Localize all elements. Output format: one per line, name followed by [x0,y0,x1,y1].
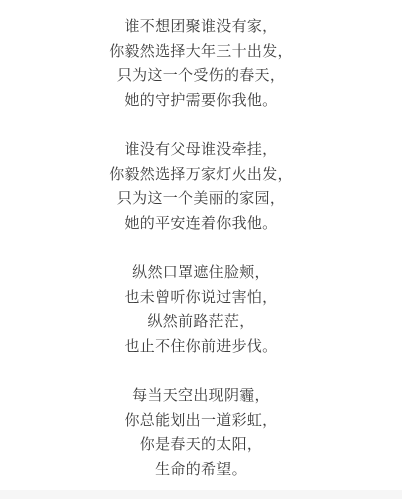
stanza-3: 纵然口罩遮住脸颊， 也未曾听你说过害怕， 纵然前路茫茫， 也止不住你前进步伐。 [0,260,402,358]
poem-line: 纵然前路茫茫， [0,309,402,334]
poem-line: 每当天空出现阴霾， [0,383,402,408]
poem-line: 谁没有父母谁没牵挂， [0,137,402,162]
poem-line: 你毅然选择万家灯火出发， [0,162,402,187]
poem-line: 谁不想团聚谁没有家， [0,14,402,39]
bottom-band [0,490,402,499]
poem-line: 你是春天的太阳， [0,432,402,457]
poem-line: 也止不住你前进步伐。 [0,334,402,359]
poem-line: 她的平安连着你我他。 [0,211,402,236]
stanza-2: 谁没有父母谁没牵挂， 你毅然选择万家灯火出发， 只为这一个美丽的家园， 她的平安… [0,137,402,235]
poem-line: 你毅然选择大年三十出发， [0,39,402,64]
poem-line: 纵然口罩遮住脸颊， [0,260,402,285]
poem-line: 生命的希望。 [0,457,402,482]
poem-line: 你总能划出一道彩虹， [0,408,402,433]
poem-line: 只为这一个美丽的家园， [0,186,402,211]
poem-line: 也未曾听你说过害怕， [0,285,402,310]
poem: 谁不想团聚谁没有家， 你毅然选择大年三十出发， 只为这一个受伤的春天， 她的守护… [0,14,402,499]
poem-line: 只为这一个受伤的春天， [0,63,402,88]
stanza-4: 每当天空出现阴霾， 你总能划出一道彩虹， 你是春天的太阳， 生命的希望。 [0,383,402,481]
poem-line: 她的守护需要你我他。 [0,88,402,113]
stanza-1: 谁不想团聚谁没有家， 你毅然选择大年三十出发， 只为这一个受伤的春天， 她的守护… [0,14,402,112]
